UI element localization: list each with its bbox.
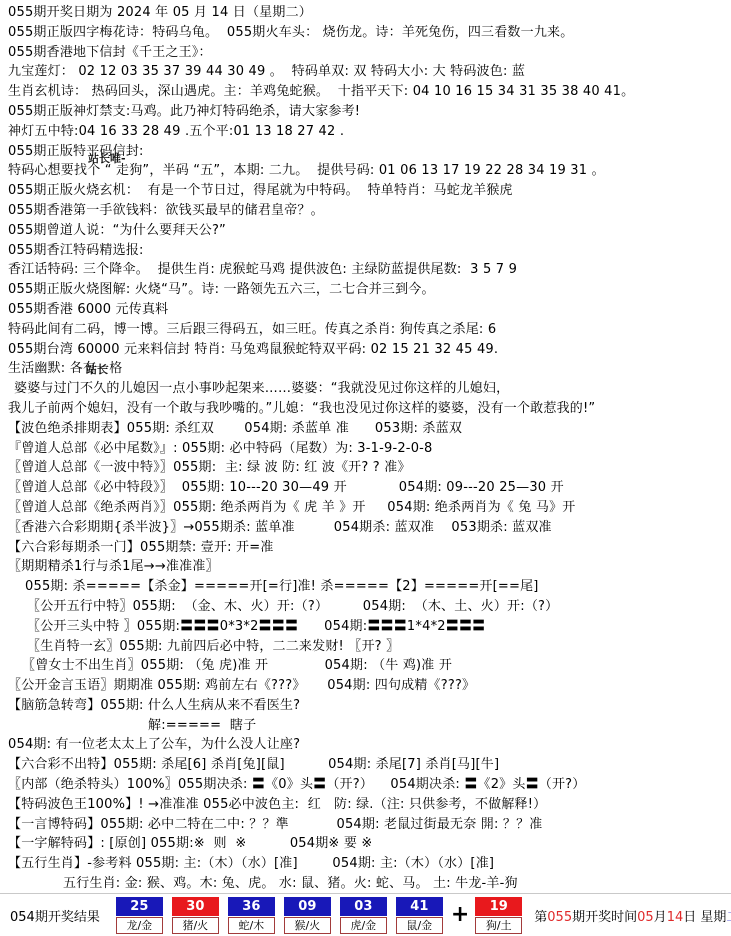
text-line: 【波色绝杀排期表】055期: 杀红双 054期: 杀蓝单 准 053期: 杀蓝双 [0, 419, 731, 439]
watermark-text-1: 站长唯- [88, 150, 126, 166]
text-line: 婆婆与过门不久的儿媳因一点小事吵起架来……婆婆：“我就没见过你这样的儿媳妇， [0, 379, 731, 399]
text-line: 〖曾道人总部《必中特段》〗 055期: 10---20 30—49 开 054期… [0, 478, 731, 498]
text-line: 神灯五中特:04 16 33 28 49 .五个平:01 13 18 27 42… [0, 122, 731, 142]
text-lines-block: 055期开奖日期为 2024 年 05 月 14 日（星期二）055期正版四字梅… [0, 0, 731, 894]
text-line: 055期香港第一手欲钱料：欲钱买最早的储君皇帝？。 [0, 201, 731, 221]
result-ball: 09猴/火 [284, 897, 331, 934]
next-draw-info-segment: 055 [547, 910, 572, 925]
text-line: 〖公开金言玉语〗期期准 055期: 鸡前左右《???》 054期: 四句成精《?… [0, 676, 731, 696]
next-draw-info-segment: 二 [726, 910, 731, 925]
text-line: 055期正版神灯禁支:马鸡。此乃神灯特码绝杀，请大家参考! [0, 102, 731, 122]
text-line: 【六合彩不出特】055期: 杀尾[6] 杀肖[兔][鼠] 054期: 杀尾[7]… [0, 755, 731, 775]
special-ball: 19狗/土 [475, 897, 522, 934]
lottery-tips-page: 055期开奖日期为 2024 年 05 月 14 日（星期二）055期正版四字梅… [0, 0, 731, 936]
text-line: 055期曾道人说：“为什么要拜天公?” [0, 221, 731, 241]
text-line: 【一言博特码】055期: 必中二特在二中: ？？準 054期: 老鼠过街最无奈 … [0, 815, 731, 835]
text-line: 〖曾女士不出生肖〗055期: （兔 虎)准 开 054期: （牛 鸡)准 开 [0, 656, 731, 676]
text-line: 【特码波色王100%】! →准准准 055必中波色主: 红 防: 绿.（注: 只… [0, 795, 731, 815]
text-line: 055期开奖日期为 2024 年 05 月 14 日（星期二） [0, 3, 731, 23]
next-draw-info: 第055期开奖时间05月14日 星期二21:30 [534, 906, 731, 925]
ball-zodiac-element-label: 狗/土 [475, 917, 522, 934]
text-line: 〖曾道人总部《绝杀两肖》〗055期: 绝杀两肖为《 虎 羊 》开 054期: 绝… [0, 498, 731, 518]
draw-result-bar: 054期开奖结果 25龙/金30猪/火36蛇/木09猴/火03虎/金41鼠/金 … [0, 893, 731, 936]
text-line: 特码此间有二码，博一博。三后跟三得码五，如三旺。传真之杀肖: 狗传真之杀尾: 6 [0, 320, 731, 340]
text-line: 〖曾道人总部《一波中特》〗055期: 主: 绿 波 防: 红 波《开? ? 准》 [0, 458, 731, 478]
text-line: 055期台湾 60000 元来料信封 特肖: 马兔鸡鼠猴蛇特双平码: 02 15… [0, 340, 731, 360]
text-line: 我儿子前两个媳妇，没有一个敢与我吵嘴的。”儿媳：“我也没见过你这样的婆婆，没有一… [0, 399, 731, 419]
text-line: 〖生肖特一玄〗055期: 九前四后必中特，二二来发财! 〖开? 〗 [0, 637, 731, 657]
result-ball: 25龙/金 [116, 897, 163, 934]
text-line: 〖内部（绝杀特头）100%〗055期决杀: 〓《0》头〓（开?） 054期决杀:… [0, 775, 731, 795]
text-line: 〖公开五行中特〗055期: （金、木、火）开:（?） 054期: （木、土、火）… [0, 597, 731, 617]
plus-sign: + [451, 896, 469, 934]
text-line: 『曾道人总部《必中尾数》』: 055期: 必中特码（尾数）为: 3-1-9-2-… [0, 439, 731, 459]
next-draw-info-segment: 第 [534, 910, 547, 925]
ball-zodiac-element-label: 蛇/木 [228, 917, 275, 934]
text-line: 〖香港六合彩期期{杀半波}〗→055期杀: 蓝单准 054期杀: 蓝双准 053… [0, 518, 731, 538]
ball-zodiac-element-label: 鼠/金 [396, 917, 443, 934]
ball-number: 19 [475, 897, 522, 916]
next-draw-info-segment: 期开奖时间 [572, 910, 637, 925]
ball-number: 25 [116, 897, 163, 916]
text-line: 055期香江特码精选报: [0, 241, 731, 261]
text-line: 【一字解特码】: [原创] 055期:※ 则 ※ 054期※ 要 ※ [0, 834, 731, 854]
next-draw-info-segment: 月 [654, 910, 667, 925]
ball-number: 09 [284, 897, 331, 916]
result-bar-label: 054期开奖结果 [10, 906, 100, 925]
ball-number: 36 [228, 897, 275, 916]
ball-zodiac-element-label: 猪/火 [172, 917, 219, 934]
text-line: 生肖玄机诗： 热码回头，深山遇虎。主：羊鸡兔蛇猴。 十指平天下: 04 10 1… [0, 82, 731, 102]
ball-number: 03 [340, 897, 387, 916]
next-draw-info-segment: 05 [637, 910, 654, 925]
ball-zodiac-element-label: 虎/金 [340, 917, 387, 934]
text-line: 九宝莲灯： 02 12 03 35 37 39 44 30 49 。 特码单双:… [0, 62, 731, 82]
text-line: 五行生肖: 金: 猴、鸡。木: 兔、虎。 水: 鼠、猪。火: 蛇、马。 土: 牛… [0, 874, 731, 894]
text-line: 055期: 杀=====【杀金】=====开[=行]准! 杀=====【2】==… [0, 577, 731, 597]
text-line: 055期正版火烧玄机： 有是一个节日过，得尾就为中特码。 特单特肖：马蛇龙羊猴虎 [0, 181, 731, 201]
result-ball: 03虎/金 [340, 897, 387, 934]
text-line: 生活幽默: 各有一格 [0, 359, 731, 379]
text-line: 055期正版火烧图解: 火烧“马”。诗: 一路领先五六三，二七合并三到今。 [0, 280, 731, 300]
text-line: 055期香港 6000 元传真料 [0, 300, 731, 320]
result-balls: 25龙/金30猪/火36蛇/木09猴/火03虎/金41鼠/金 [116, 897, 443, 934]
text-line: 【脑筋急转弯】055期: 什么人生病从来不看医生? [0, 696, 731, 716]
text-line: 解:===== 瞎子 [0, 716, 731, 736]
result-ball: 36蛇/木 [228, 897, 275, 934]
text-line: 香江话特码: 三个降伞。 提供生肖: 虎猴蛇马鸡 提供波色: 主绿防蓝提供尾数:… [0, 260, 731, 280]
ball-zodiac-element-label: 猴/火 [284, 917, 331, 934]
watermark-text-2: 站长 [86, 361, 108, 377]
text-line: 【五行生肖】-参考料 055期: 主:（木）（水）[准] 054期: 主:（木）… [0, 854, 731, 874]
ball-number: 30 [172, 897, 219, 916]
text-line: 〖公开三头中特 〗055期:〓〓〓0*3*2〓〓〓 054期:〓〓〓1*4*2〓… [0, 617, 731, 637]
ball-zodiac-element-label: 龙/金 [116, 917, 163, 934]
text-line: 【六合彩每期杀一门】055期禁: 壹开: 开=准 [0, 538, 731, 558]
text-line: 055期香港地下信封《千王之王》： [0, 43, 731, 63]
text-line: 〖期期精杀1行与杀1尾→→准准准〗 [0, 557, 731, 577]
next-draw-info-segment: 日 星期 [683, 910, 726, 925]
result-ball: 19狗/土 [475, 897, 522, 934]
text-line: 055期正版四字梅花诗：特码乌龟。 055期火车头： 烧伤龙。诗：羊死兔伤，四三… [0, 23, 731, 43]
result-ball: 30猪/火 [172, 897, 219, 934]
text-line: 054期: 有一位老太太上了公车，为什么没人让座? [0, 735, 731, 755]
next-draw-info-segment: 14 [667, 910, 684, 925]
ball-number: 41 [396, 897, 443, 916]
result-ball: 41鼠/金 [396, 897, 443, 934]
